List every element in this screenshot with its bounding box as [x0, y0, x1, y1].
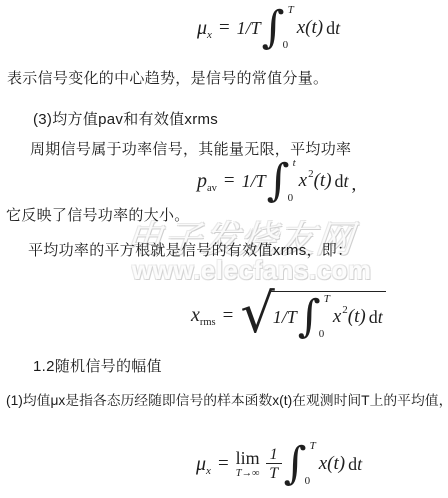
differential-var: t	[344, 171, 349, 192]
formula-rms-value: xrms = √ 1/T ∫ T 0 x2(t) dt	[191, 291, 386, 340]
document-page: 电子发烧友网 www.elecfans.com μx = 1/T ∫ T 0 x…	[0, 0, 448, 498]
integrand-exponent: 2	[308, 168, 314, 180]
paragraph-power-meaning: 它反映了信号功率的大小。	[6, 207, 190, 225]
heading-mean-square-value: (3)均方值pav和有效值xrms	[33, 111, 218, 129]
integrand: x(t)	[319, 453, 345, 475]
integral-sign: ∫	[262, 5, 285, 51]
differential-d: d	[326, 18, 335, 39]
integral-lower-limit: 0	[305, 476, 316, 487]
differential-d: d	[335, 171, 344, 192]
paragraph-rms-definition: 平均功率的平方根就是信号的有效值xrms，即：	[28, 242, 352, 260]
integral-upper-limit: T	[319, 294, 330, 305]
equals-sign: =	[223, 305, 234, 327]
paragraph-ergodic-mean-definition: (1)均值μx是指各态历经随即信号的样本函数x(t)在观测时间T上的平均值，即：	[6, 392, 448, 410]
integral-upper-limit: T	[305, 441, 316, 452]
integral-lower-limit: 0	[319, 329, 330, 340]
paragraph-power-signal: 周期信号属于功率信号，其能量无限，平均功率	[30, 141, 351, 159]
mu-symbol: μ	[196, 453, 206, 476]
formula-average-power: pav = 1/T ∫ t 0 x2(t) dt ,	[197, 158, 356, 204]
integral-upper-limit: T	[283, 5, 294, 16]
fraction-numerator: 1	[266, 446, 282, 464]
integrand-base: x	[299, 170, 307, 192]
integral-sign: ∫	[267, 158, 290, 204]
differential-var: t	[357, 454, 362, 475]
formula-mean-value: μx = 1/T ∫ T 0 x(t) dt	[197, 5, 340, 51]
mu-subscript: x	[207, 29, 212, 41]
integral: ∫ T 0	[284, 441, 319, 487]
mu-symbol: μ	[197, 17, 207, 40]
integral: ∫ T 0	[298, 294, 333, 340]
equals-sign: =	[218, 453, 229, 475]
equals-sign: =	[219, 17, 230, 39]
differential-var: t	[378, 307, 383, 328]
coefficient: 1/T	[273, 307, 297, 328]
differential-d: d	[369, 307, 378, 328]
limit-word: lim	[236, 449, 260, 467]
limit-subscript: T→∞	[236, 468, 260, 479]
paragraph-central-tendency: 表示信号变化的中心趋势，是信号的常值分量。	[7, 70, 328, 88]
integral-limits: t 0	[288, 158, 296, 204]
integrand-argument: (t)	[348, 306, 366, 328]
integral-limits: T 0	[319, 294, 330, 340]
differential-var: t	[335, 18, 340, 39]
x-symbol: x	[191, 304, 200, 327]
fraction-denominator: T	[269, 464, 278, 482]
integrand: x(t)	[297, 17, 323, 39]
integral: ∫ T 0	[262, 5, 297, 51]
integrand-base: x	[333, 306, 341, 328]
x-subscript: rms	[200, 317, 216, 328]
p-symbol: p	[197, 170, 207, 193]
fraction-one-over-T: 1 T	[266, 446, 282, 482]
integral-lower-limit: 0	[288, 193, 296, 204]
integral-lower-limit: 0	[283, 40, 294, 51]
coefficient: 1/T	[242, 171, 266, 192]
integrand-argument: (t)	[314, 170, 332, 192]
mu-subscript: x	[206, 465, 211, 477]
integrand-exponent: 2	[342, 304, 348, 316]
equals-sign: =	[224, 170, 235, 192]
differential-d: d	[348, 454, 357, 475]
integral-upper-limit: t	[288, 158, 296, 169]
integral: ∫ t 0	[267, 158, 299, 204]
integral-sign: ∫	[298, 294, 321, 340]
formula-random-mean-value: μx = lim T→∞ 1 T ∫ T 0 x(t) dt	[196, 441, 362, 487]
integral-limits: T 0	[305, 441, 316, 487]
coefficient: 1/T	[237, 18, 261, 39]
trailing-comma: ,	[352, 174, 357, 196]
p-subscript: av	[207, 183, 217, 194]
limit-operator: lim T→∞	[236, 449, 260, 479]
heading-random-signal-amplitude: 1.2随机信号的幅值	[33, 358, 162, 376]
square-root: √ 1/T ∫ T 0 x2(t) dt	[240, 291, 385, 340]
integral-sign: ∫	[284, 441, 307, 487]
radicand: 1/T ∫ T 0 x2(t) dt	[270, 291, 386, 340]
integral-limits: T 0	[283, 5, 294, 51]
